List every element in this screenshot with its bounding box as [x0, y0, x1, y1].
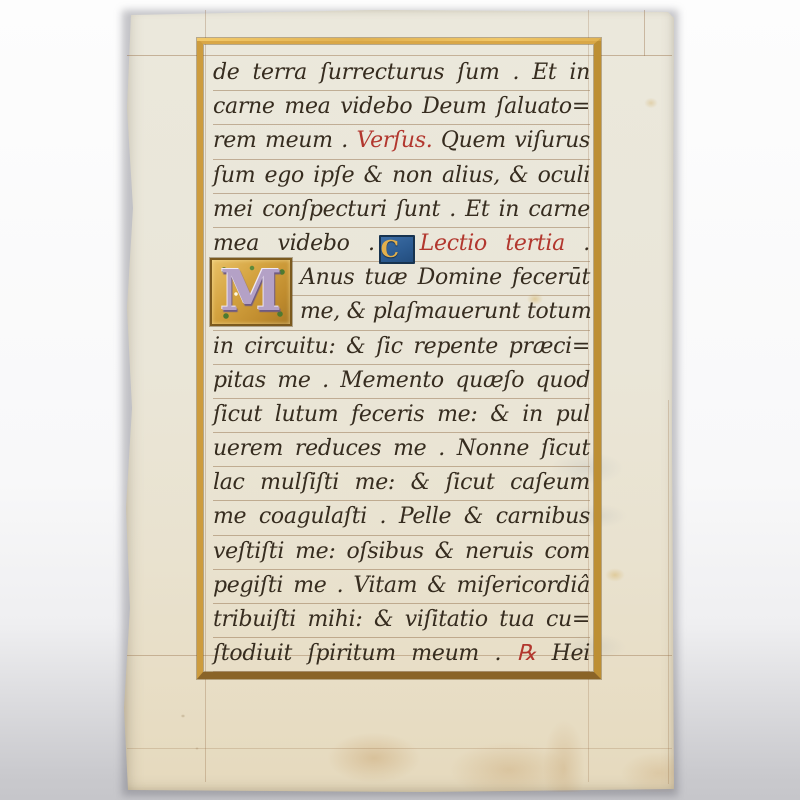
- text-line: mea videbo .CLectio tertia .: [213, 228, 590, 262]
- body-text: ſum ego ipſe & non alius, & oculi: [213, 163, 590, 188]
- text-line: ſicut lutum feceris me: & in pul: [213, 399, 590, 433]
- body-text: ſtodiuit ſpiritum meum .: [213, 641, 517, 666]
- text-line: pegiſti me . Vitam & miſericordiâ: [213, 570, 590, 604]
- text-line: de terra ſurrecturus ſum . Et in: [213, 57, 590, 91]
- text-line: me coagulaſti . Pelle & carnibus: [213, 501, 590, 535]
- text-line: veſtiſti me: oſsibus & neruis com: [213, 536, 590, 570]
- text-line: lac mulſiſti me: & ſicut caſeum: [213, 467, 590, 501]
- body-text: mei conſpecturi ſunt . Et in carne: [213, 197, 590, 222]
- text-line: tribuiſti mihi: & viſitatio tua cu=: [213, 604, 590, 638]
- body-text: lac mulſiſti me: & ſicut caſeum: [213, 470, 590, 495]
- body-text: ſicut lutum feceris me: & in pul: [213, 402, 590, 427]
- body-text: carne mea videbo Deum ſaluato=: [213, 94, 590, 119]
- text-block: de terra ſurrecturus ſum . Et incarne me…: [213, 57, 590, 672]
- body-text: mea videbo .: [213, 231, 375, 256]
- body-text: Hei: [536, 641, 590, 666]
- illuminated-initial-m: M: [210, 258, 292, 326]
- body-text: me, & plaſmauerunt totum: [300, 299, 591, 324]
- text-line: pitas me . Memento quæſo quod: [213, 365, 590, 399]
- body-text: .: [565, 231, 590, 256]
- body-text: veſtiſti me: oſsibus & neruis com: [213, 539, 590, 564]
- text-line: carne mea videbo Deum ſaluato=: [213, 91, 590, 125]
- body-text: rem meum .: [213, 128, 357, 153]
- text-line: uerem reduces me . Nonne ſicut: [213, 433, 590, 467]
- body-text: me coagulaſti . Pelle & carnibus: [213, 504, 590, 529]
- body-text: pegiſti me . Vitam & miſericordiâ: [213, 573, 590, 598]
- text-line: ſum ego ipſe & non alius, & oculi: [213, 160, 590, 194]
- rubric-text: Verſus.: [357, 128, 433, 153]
- text-line: mei conſpecturi ſunt . Et in carne: [213, 194, 590, 228]
- body-text: tribuiſti mihi: & viſitatio tua cu=: [213, 607, 590, 632]
- body-text: Quem viſurus: [432, 128, 590, 153]
- initial-letter: M: [212, 260, 290, 322]
- capitulum-mark-icon: C: [379, 235, 415, 264]
- body-text: Anus tuæ Domine fecerūt: [300, 265, 590, 290]
- body-text: de terra ſurrecturus ſum . Et in: [213, 60, 590, 85]
- body-text: pitas me . Memento quæſo quod: [213, 368, 590, 393]
- text-line: ſtodiuit ſpiritum meum . ℞ Hei: [213, 638, 590, 672]
- rubric-text: Lectio tertia: [420, 231, 565, 256]
- body-text: uerem reduces me . Nonne ſicut: [213, 436, 590, 461]
- text-line: in circuitu: & ſic repente præci=: [213, 331, 590, 365]
- body-text: in circuitu: & ſic repente præci=: [213, 334, 590, 359]
- photo-of-manuscript-leaf: de terra ſurrecturus ſum . Et incarne me…: [0, 0, 800, 800]
- text-line: rem meum . Verſus. Quem viſurus: [213, 125, 590, 159]
- rubric-text: ℞: [517, 641, 536, 666]
